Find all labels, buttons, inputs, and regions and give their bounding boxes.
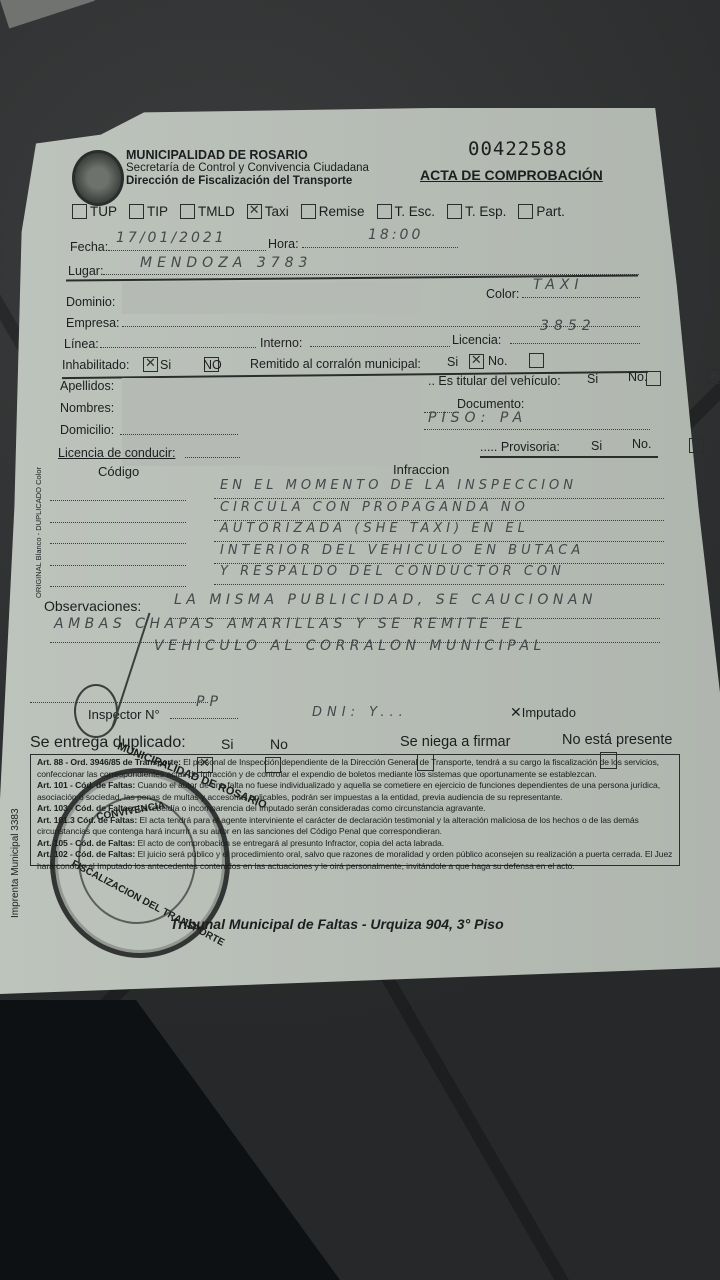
vehicle-type-tmld[interactable]: TMLD bbox=[180, 204, 235, 219]
nombres-label: Nombres: bbox=[60, 401, 114, 415]
domicilio-field[interactable] bbox=[120, 422, 238, 435]
vehicle-type-tup[interactable]: TUP bbox=[72, 204, 117, 219]
interno-field[interactable] bbox=[310, 334, 450, 347]
codigo-field[interactable] bbox=[50, 531, 186, 544]
vehicle-type-remise[interactable]: Remise bbox=[301, 204, 365, 219]
apellidos-label: Apellidos: bbox=[60, 379, 114, 393]
redacted-license bbox=[240, 430, 422, 460]
municipal-seal-icon bbox=[72, 150, 124, 206]
signature-scribble bbox=[74, 684, 118, 738]
tribunal-address: Tribunal Municipal de Faltas - Urquiza 9… bbox=[170, 916, 504, 932]
inhabilitado-label: Inhabilitado: bbox=[62, 358, 129, 372]
vehicle-type-label: T. Esc. bbox=[395, 204, 436, 219]
direccion-name: Dirección de Fiscalización del Transport… bbox=[126, 175, 352, 187]
dominio-label: Dominio: bbox=[66, 295, 115, 309]
vehicle-type-label: TUP bbox=[90, 204, 117, 219]
vehicle-type-label: TIP bbox=[147, 204, 168, 219]
entrega-no-label: No bbox=[270, 736, 288, 752]
linea-field[interactable] bbox=[100, 335, 256, 348]
interno-label: Interno: bbox=[260, 336, 302, 350]
color-label: Color: bbox=[486, 287, 519, 301]
licencia-conducir-field[interactable] bbox=[185, 445, 240, 458]
fecha-value: 17/01/2021 bbox=[116, 230, 227, 246]
titular-label: .. Es titular del vehículo: bbox=[428, 374, 561, 388]
domicilio-label: Domicilio: bbox=[60, 423, 114, 437]
documento-label: Documento: bbox=[457, 397, 524, 411]
observaciones-text: LA MISMA PUBLICIDAD, SE CAUCIONAN bbox=[174, 592, 597, 608]
infraccion-text: CIRCULA CON PROPAGANDA NO bbox=[220, 500, 529, 515]
serial-number: 00422588 bbox=[468, 138, 568, 160]
infraccion-text: EN EL MOMENTO DE LA INSPECCION bbox=[220, 478, 577, 493]
vehicle-type-label: T. Esp. bbox=[465, 204, 506, 219]
vehicle-type-taxi[interactable]: Taxi bbox=[247, 204, 289, 219]
titular-no-label: No. bbox=[628, 370, 647, 384]
documento-field[interactable] bbox=[530, 395, 640, 408]
imprenta-note: Imprenta Municipal 3383 bbox=[10, 808, 21, 918]
titular-si-label: Si bbox=[587, 372, 598, 386]
inspector-value: PP bbox=[196, 694, 223, 710]
inhabilitado-si-checkbox[interactable] bbox=[143, 357, 158, 372]
codigo-field[interactable] bbox=[50, 510, 186, 523]
fecha-label: Fecha: bbox=[70, 240, 108, 254]
document-title: ACTA DE COMPROBACIÓN bbox=[420, 167, 603, 183]
checkbox[interactable] bbox=[129, 204, 144, 219]
checkbox[interactable] bbox=[72, 204, 87, 219]
vehicle-type-part[interactable]: Part. bbox=[518, 204, 565, 219]
infraccion-text: INTERIOR DEL VEHICULO EN BUTACA bbox=[220, 543, 584, 558]
codigo-field[interactable] bbox=[50, 553, 186, 566]
vehicle-type-label: Remise bbox=[319, 204, 365, 219]
no-presente-label: No está presente bbox=[562, 732, 672, 748]
hora-value: 18:00 bbox=[368, 227, 423, 243]
provisoria-si-label: Si bbox=[591, 439, 602, 453]
provisoria-label: ..... Provisoria: bbox=[480, 440, 560, 454]
checkbox[interactable] bbox=[518, 204, 533, 219]
observaciones-text: AMBAS CHAPAS AMARILLAS Y SE REMITE EL bbox=[54, 616, 527, 632]
dni-note: DNI: Y... bbox=[312, 705, 408, 720]
vehicle-type-tesp[interactable]: T. Esp. bbox=[447, 204, 506, 219]
vehicle-type-tip[interactable]: TIP bbox=[129, 204, 168, 219]
observaciones-text: VEHICULO AL CORRALON MUNICIPAL bbox=[154, 638, 546, 654]
licencia-conducir-label: Licencia de conducir: bbox=[58, 446, 175, 460]
provisoria-no-label: No. bbox=[632, 437, 651, 451]
linea-label: Línea: bbox=[64, 337, 99, 351]
redacted-dominio bbox=[122, 282, 422, 314]
provisoria-si-checkbox[interactable] bbox=[689, 438, 704, 453]
infraccion-header: Infraccion bbox=[393, 462, 449, 477]
titular-si-checkbox[interactable] bbox=[646, 371, 661, 386]
inhabilitado-no-label: NO bbox=[203, 358, 222, 372]
lugar-label: Lugar: bbox=[68, 264, 103, 278]
remitido-si-checkbox[interactable] bbox=[469, 354, 484, 369]
lugar-value: MENDOZA 3783 bbox=[140, 255, 312, 271]
entrega-si-label: Si bbox=[221, 736, 233, 752]
empresa-label: Empresa: bbox=[66, 316, 120, 330]
remitido-label: Remitido al corralón municipal: bbox=[250, 357, 421, 371]
imputado-label: ✕Imputado bbox=[510, 704, 576, 721]
imputado-text: Imputado bbox=[522, 705, 576, 720]
vehicle-type-options: TUPTIPTMLDTaxiRemiseT. Esc.T. Esp.Part. bbox=[72, 204, 571, 219]
checkbox[interactable] bbox=[377, 204, 392, 219]
checkbox[interactable] bbox=[301, 204, 316, 219]
niega-firmar-label: Se niega a firmar bbox=[400, 734, 510, 750]
color-value: TAXI bbox=[533, 277, 584, 293]
secretaria-name: Secretaría de Control y Convivencia Ciud… bbox=[126, 162, 369, 174]
licencia-label: Licencia: bbox=[452, 333, 501, 347]
codigo-field[interactable] bbox=[50, 488, 186, 501]
codigo-header: Código bbox=[98, 464, 139, 479]
remitido-no-checkbox[interactable] bbox=[529, 353, 544, 368]
vehicle-type-tesc[interactable]: T. Esc. bbox=[377, 204, 436, 219]
observaciones-label: Observaciones: bbox=[44, 598, 141, 614]
entrega-label: Se entrega duplicado: bbox=[30, 734, 186, 752]
remitido-si-label: Si bbox=[447, 355, 458, 369]
infraccion-text: Y RESPALDO DEL CONDUCTOR CON bbox=[220, 564, 565, 579]
checkbox[interactable] bbox=[180, 204, 195, 219]
vehicle-type-label: TMLD bbox=[198, 204, 235, 219]
checkbox[interactable] bbox=[247, 204, 262, 219]
codigo-field[interactable] bbox=[50, 574, 186, 587]
vehicle-type-label: Taxi bbox=[265, 204, 289, 219]
domicilio-value: PISO: PA bbox=[428, 410, 527, 426]
remitido-no-label: No. bbox=[488, 354, 507, 368]
inhabilitado-si-label: Si bbox=[160, 358, 171, 372]
infraccion-text: AUTORIZADA (SHE TAXI) EN EL bbox=[220, 521, 529, 536]
checkbox[interactable] bbox=[447, 204, 462, 219]
hora-label: Hora: bbox=[268, 237, 299, 251]
copy-note: ORIGINAL Blanco - DUPLICADO Color bbox=[34, 467, 43, 598]
vehicle-type-label: Part. bbox=[536, 204, 565, 219]
divider bbox=[480, 456, 658, 458]
org-name: MUNICIPALIDAD DE ROSARIO bbox=[126, 148, 308, 162]
licencia-value: 3852 bbox=[540, 318, 596, 334]
titular-no-checkbox[interactable] bbox=[707, 369, 720, 384]
